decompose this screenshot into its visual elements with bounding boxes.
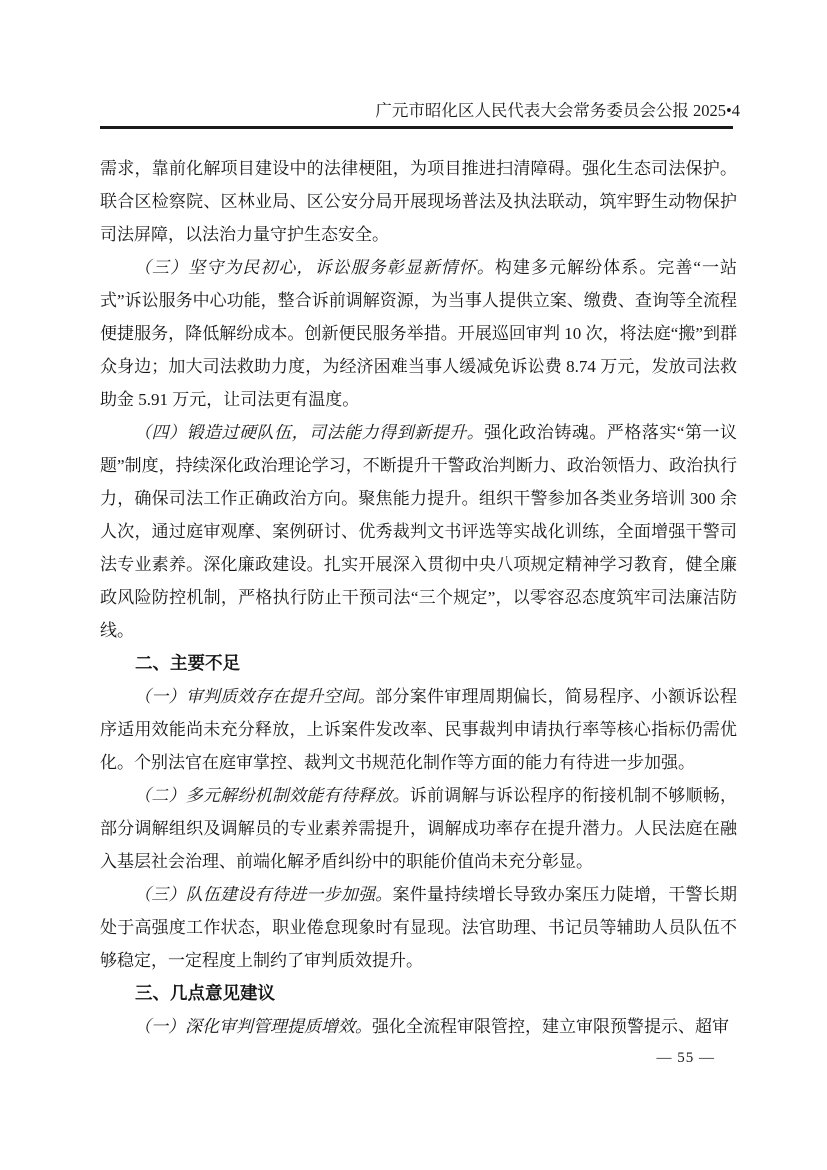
header-rule — [100, 126, 733, 129]
header-title: 广元市昭化区人民代表大会常务委员会公报 2025•4 — [375, 100, 740, 122]
suggestion-item-one: （一）深化审判管理提质增效。强化全流程审限管控，建立审限预警提示、超审 — [100, 1010, 737, 1043]
continued-paragraph-text: 需求，靠前化解项目建设中的法律梗阻，为项目推进扫清障碍。强化生态司法保护。联合区… — [100, 159, 737, 244]
paragraph-four-lead: （四）锻造过硬队伍，司法能力得到新提升。 — [134, 423, 484, 442]
suggestion-item-one-text: 强化全流程审限管控，建立审限预警提示、超审 — [372, 1017, 729, 1036]
section-heading-suggestions: 三、几点意见建议 — [100, 977, 737, 1010]
shortcoming-item-three: （三）队伍建设有待进一步加强。案件量持续增长导致办案压力陡增，干警长期处于高强度… — [100, 878, 737, 977]
bulletin-page: 广元市昭化区人民代表大会常务委员会公报 2025•4 需求，靠前化解项目建设中的… — [0, 0, 827, 1170]
shortcoming-item-one-lead: （一）审判质效存在提升空间。 — [134, 687, 375, 706]
shortcoming-item-two: （二）多元解纷机制效能有待释放。诉前调解与诉讼程序的衔接机制不够顺畅，部分调解组… — [100, 779, 737, 878]
paragraph-three-text: 构建多元解纷体系。完善“一站式”诉讼服务中心功能，整合诉前调解资源，为当事人提供… — [100, 258, 737, 409]
suggestion-item-one-lead: （一）深化审判管理提质增效。 — [134, 1017, 372, 1036]
shortcoming-item-one: （一）审判质效存在提升空间。部分案件审理周期偏长，简易程序、小额诉讼程序适用效能… — [100, 680, 737, 779]
paragraph-three: （三）坚守为民初心，诉讼服务彰显新情怀。构建多元解纷体系。完善“一站式”诉讼服务… — [100, 251, 737, 416]
paragraph-four-text: 强化政治铸魂。严格落实“第一议题”制度，持续深化政治理论学习，不断提升干警政治判… — [100, 423, 737, 640]
page-number: — 55 — — [657, 1048, 716, 1068]
shortcoming-item-two-lead: （二）多元解纷机制效能有待释放。 — [134, 786, 410, 805]
shortcoming-item-three-lead: （三）队伍建设有待进一步加强。 — [134, 885, 393, 904]
continued-paragraph: 需求，靠前化解项目建设中的法律梗阻，为项目推进扫清障碍。强化生态司法保护。联合区… — [100, 152, 737, 251]
document-body: 需求，靠前化解项目建设中的法律梗阻，为项目推进扫清障碍。强化生态司法保护。联合区… — [100, 152, 737, 1043]
section-heading-shortcomings: 二、主要不足 — [100, 647, 737, 680]
paragraph-three-lead: （三）坚守为民初心，诉讼服务彰显新情怀。 — [134, 258, 495, 277]
paragraph-four: （四）锻造过硬队伍，司法能力得到新提升。强化政治铸魂。严格落实“第一议题”制度，… — [100, 416, 737, 647]
